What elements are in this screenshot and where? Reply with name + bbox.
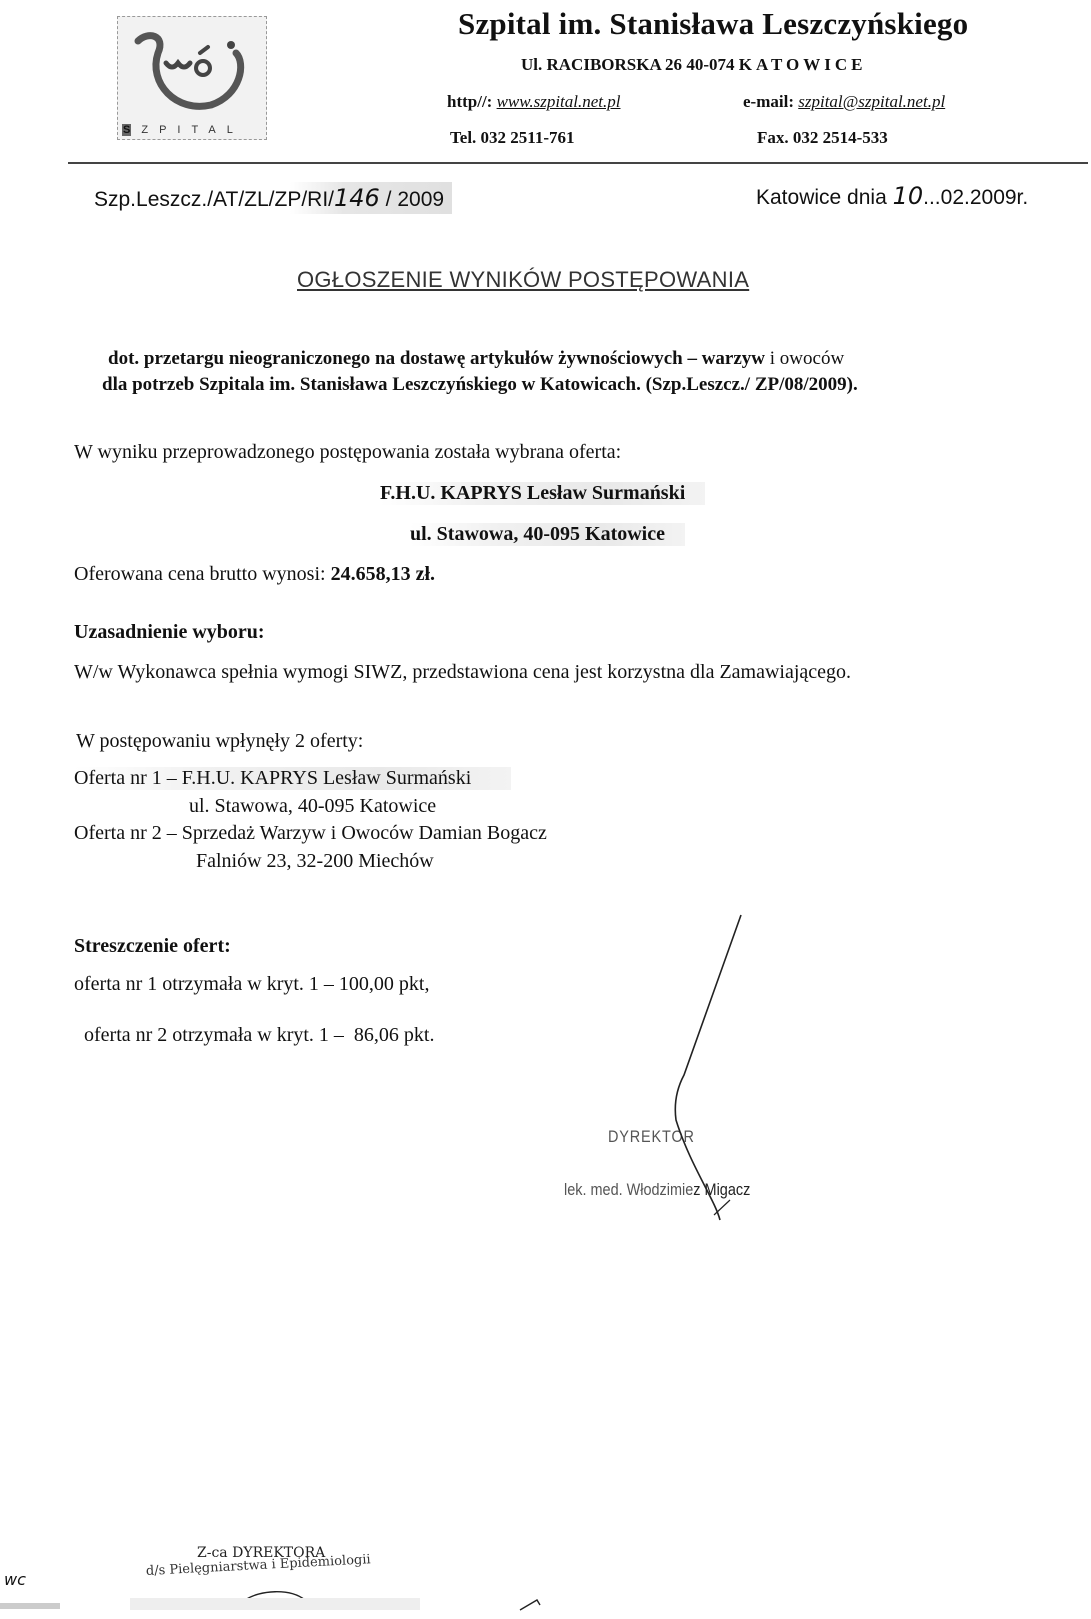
scan-artifact: [130, 1598, 420, 1610]
signature-stroke-icon: [0, 0, 1091, 1619]
scan-artifact: [0, 1603, 60, 1609]
handwritten-initials: wc: [4, 1570, 26, 1589]
